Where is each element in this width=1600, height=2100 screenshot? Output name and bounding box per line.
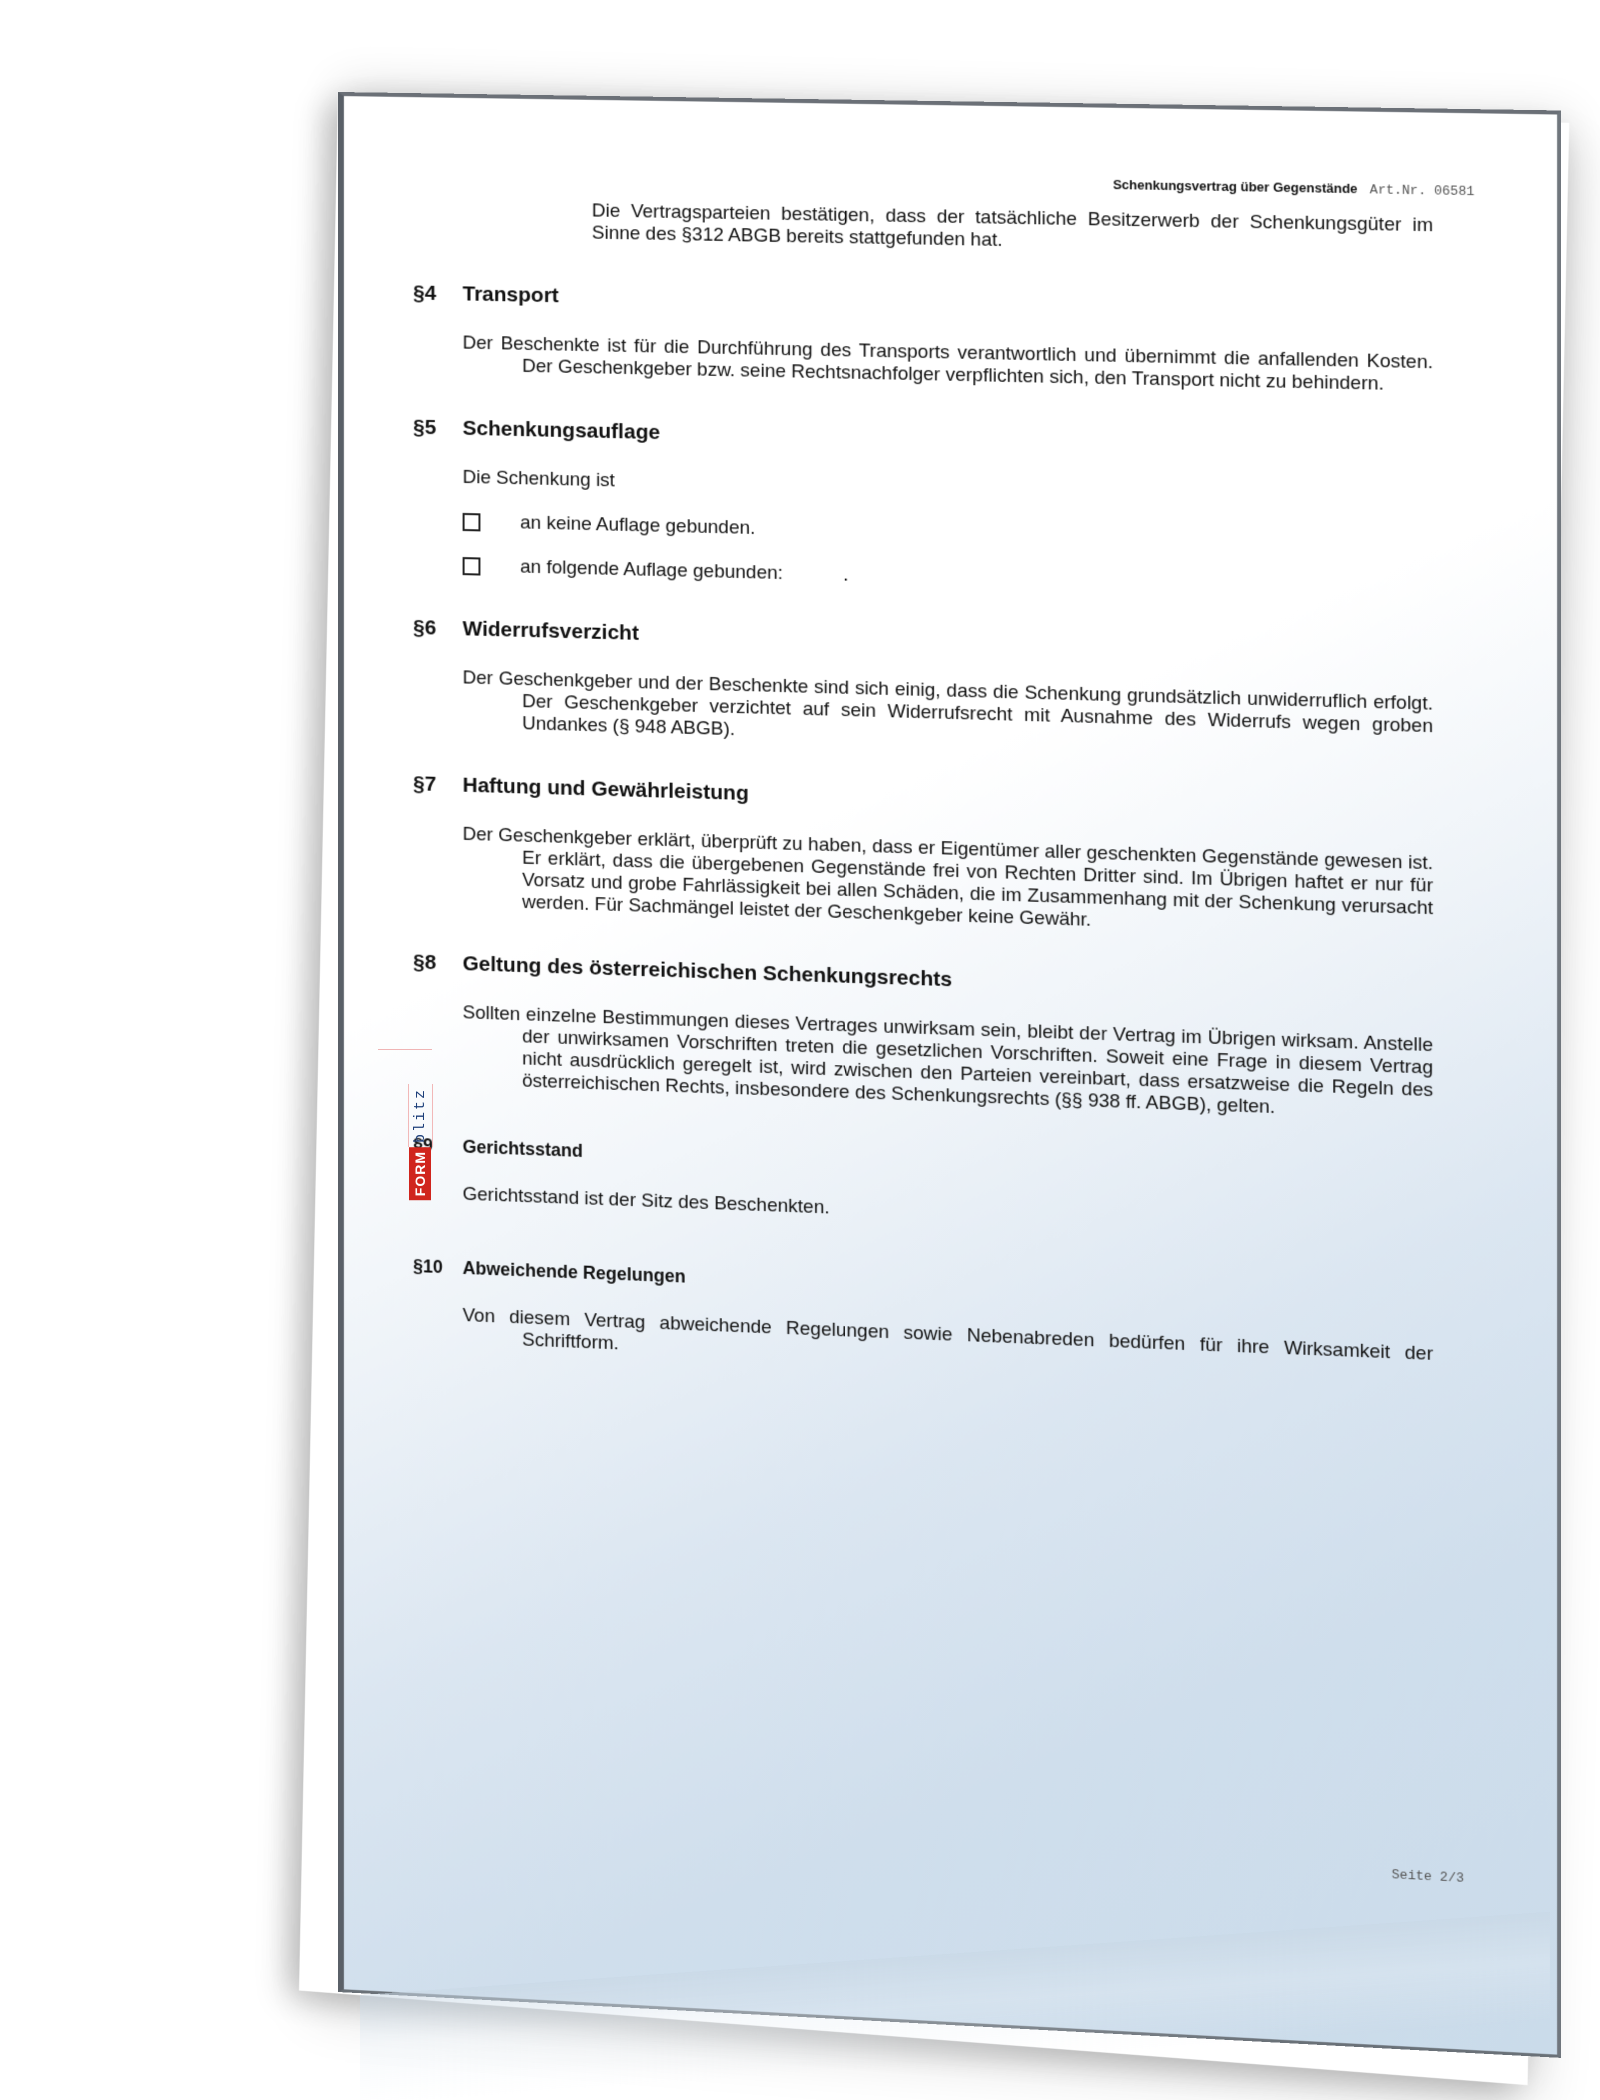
option-following-condition[interactable]: an folgende Auflage gebunden: . (463, 555, 1433, 601)
section-heading: §4 Transport (413, 281, 1433, 325)
section-title: Gerichtsstand (463, 1137, 583, 1162)
section-gerichtsstand: §9 Gerichtsstand Gerichtsstand ist der S… (413, 1135, 1433, 1243)
section-body: Der Geschenkgeber und der Beschenkte sin… (463, 667, 1433, 760)
section-number: §6 (413, 616, 463, 641)
intro-paragraph: Die Vertragsparteien bestätigen, dass de… (592, 200, 1433, 259)
section-body: Der Beschenkte ist für die Durchführung … (463, 332, 1433, 396)
section-widerrufsverzicht: §6 Widerrufsverzicht Der Geschenkgeber u… (413, 616, 1433, 761)
formblitz-logo: FORM blitz (408, 1050, 432, 1200)
section-geltung: §8 Geltung des österreichischen Schenkun… (413, 950, 1433, 1124)
section-number: §4 (413, 281, 463, 306)
section-lead: Die Schenkung ist (463, 467, 1433, 512)
section-number: §8 (413, 950, 463, 976)
section-schenkungsauflage: §5 Schenkungsauflage Die Schenkung ist a… (413, 416, 1433, 602)
option-label: an keine Auflage gebunden. (520, 512, 755, 540)
page-number: Seite 2/3 (1392, 1867, 1464, 1886)
logo-blitz-text: blitz (408, 1084, 433, 1147)
option-label: an folgende Auflage gebunden: (520, 556, 783, 585)
section-title: Schenkungsauflage (463, 417, 660, 445)
section-heading: §10 Abweichende Regelungen (413, 1256, 1433, 1317)
section-heading: §6 Widerrufsverzicht (413, 616, 1433, 667)
section-heading: §7 Haftung und Gewährleistung (413, 772, 1433, 826)
option-no-condition[interactable]: an keine Auflage gebunden. (463, 511, 1433, 556)
section-abweichende-regelungen: §10 Abweichende Regelungen Von diesem Ve… (413, 1256, 1433, 1389)
section-title: Haftung und Gewährleistung (463, 774, 749, 806)
section-body: Sollten einzelne Bestimmungen dieses Ver… (463, 1002, 1433, 1125)
section-number: §7 (413, 772, 463, 797)
section-heading: §9 Gerichtsstand (413, 1135, 1433, 1194)
section-title: Geltung des österreichischen Schenkungsr… (463, 952, 953, 992)
section-title: Transport (463, 282, 559, 308)
logo-divider (378, 1049, 432, 1050)
condition-blank-field[interactable]: . (843, 564, 848, 586)
section-haftung: §7 Haftung und Gewährleistung Der Gesche… (413, 772, 1433, 943)
checkbox-no-condition[interactable] (463, 513, 481, 531)
section-body: Von diesem Vertrag abweichende Regelunge… (463, 1305, 1433, 1389)
document-title: Schenkungsvertrag über Gegenstände (1113, 177, 1358, 196)
document-content: Die Vertragsparteien bestätigen, dass de… (413, 197, 1433, 1388)
section-title: Abweichende Regelungen (463, 1258, 686, 1288)
section-number: §5 (413, 416, 463, 441)
section-body: Gerichtsstand ist der Sitz des Beschenkt… (463, 1184, 1433, 1243)
section-body: Der Geschenkgeber erklärt, überprüft zu … (463, 824, 1433, 943)
document-page: Schenkungsvertrag über Gegenstände Art.N… (338, 92, 1561, 2058)
checkbox-following-condition[interactable] (463, 557, 481, 575)
page-header: Schenkungsvertrag über Gegenstände Art.N… (1113, 177, 1474, 199)
section-heading: §8 Geltung des österreichischen Schenkun… (413, 950, 1433, 1008)
document-stage: Schenkungsvertrag über Gegenstände Art.N… (0, 0, 1600, 2100)
section-title: Widerrufsverzicht (463, 617, 639, 646)
section-number: §10 (413, 1256, 463, 1279)
logo-form-text: FORM (409, 1147, 431, 1200)
article-number: Art.Nr. 06581 (1370, 182, 1475, 199)
section-transport: §4 Transport Der Beschenkte ist für die … (413, 281, 1433, 396)
section-heading: §5 Schenkungsauflage (413, 416, 1433, 463)
